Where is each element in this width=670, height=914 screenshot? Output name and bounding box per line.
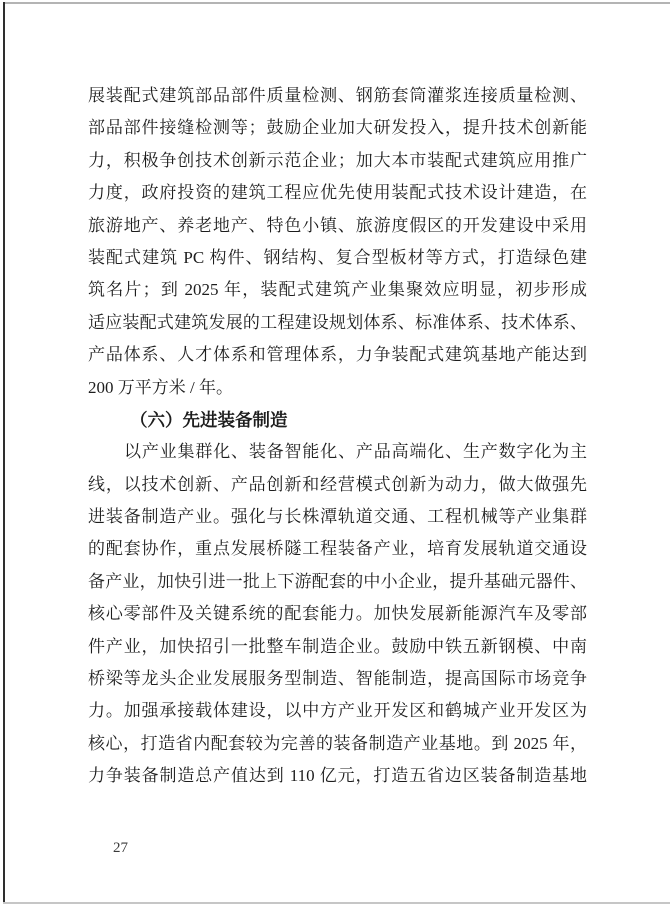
- page-edge-bottom: [3, 902, 670, 904]
- text-line: 备产业，加快引进一批上下游配套的中小企业，提升基础元器件、: [88, 566, 587, 598]
- text-line: 进装备制造产业。强化与长株潭轨道交通、工程机械等产业集群: [88, 501, 587, 533]
- text-line: 装配式建筑 PC 构件、钢结构、复合型板材等方式，打造绿色建: [88, 242, 587, 274]
- text-line: 部品部件接缝检测等；鼓励企业加大研发投入，提升技术创新能: [88, 112, 587, 144]
- text-line: 筑名片；到 2025 年，装配式建筑产业集聚效应明显，初步形成: [88, 274, 587, 306]
- text-line: 适应装配式建筑发展的工程建设规划体系、标准体系、技术体系、: [88, 307, 587, 339]
- text-line: 件产业，加快招引一批整车制造企业。鼓励中铁五新钢模、中南: [88, 631, 587, 663]
- text-line: 核心，打造省内配套较为完善的装备制造产业基地。到 2025 年，: [88, 728, 587, 760]
- document-text-body: 展装配式建筑部品部件质量检测、钢筋套筒灌浆连接质量检测、部品部件接缝检测等；鼓励…: [88, 80, 587, 793]
- text-line: 产品体系、人才体系和管理体系，力争装配式建筑基地产能达到: [88, 339, 587, 371]
- document-page: 展装配式建筑部品部件质量检测、钢筋套筒灌浆连接质量检测、部品部件接缝检测等；鼓励…: [0, 0, 670, 914]
- page-edge-top: [3, 2, 670, 4]
- text-line: 力，积极争创技术创新示范企业；加大本市装配式建筑应用推广: [88, 145, 587, 177]
- text-line: 桥梁等龙头企业发展服务型制造、智能制造，提高国际市场竞争: [88, 663, 587, 695]
- text-line: 200 万平方米 / 年。: [88, 372, 587, 404]
- text-line: 旅游地产、养老地产、特色小镇、旅游度假区的开发建设中采用: [88, 210, 587, 242]
- text-line: 核心零部件及关键系统的配套能力。加快发展新能源汽车及零部: [88, 598, 587, 630]
- page-edge-left: [3, 2, 5, 903]
- text-line: 展装配式建筑部品部件质量检测、钢筋套筒灌浆连接质量检测、: [88, 80, 587, 112]
- page-number: 27: [113, 840, 128, 857]
- text-line: 力度，政府投资的建筑工程应优先使用装配式技术设计建造，在: [88, 177, 587, 209]
- text-line: 线，以技术创新、产品创新和经营模式创新为动力，做大做强先: [88, 469, 587, 501]
- text-line: 以产业集群化、装备智能化、产品高端化、生产数字化为主: [88, 436, 587, 468]
- text-line: 的配套协作，重点发展桥隧工程装备产业，培育发展轨道交通设: [88, 533, 587, 565]
- text-line: 力。加强承接载体建设，以中方产业开发区和鹤城产业开发区为: [88, 695, 587, 727]
- section-heading: （六）先进装备制造: [88, 404, 587, 436]
- text-line: 力争装备制造总产值达到 110 亿元，打造五省边区装备制造基地: [88, 760, 587, 792]
